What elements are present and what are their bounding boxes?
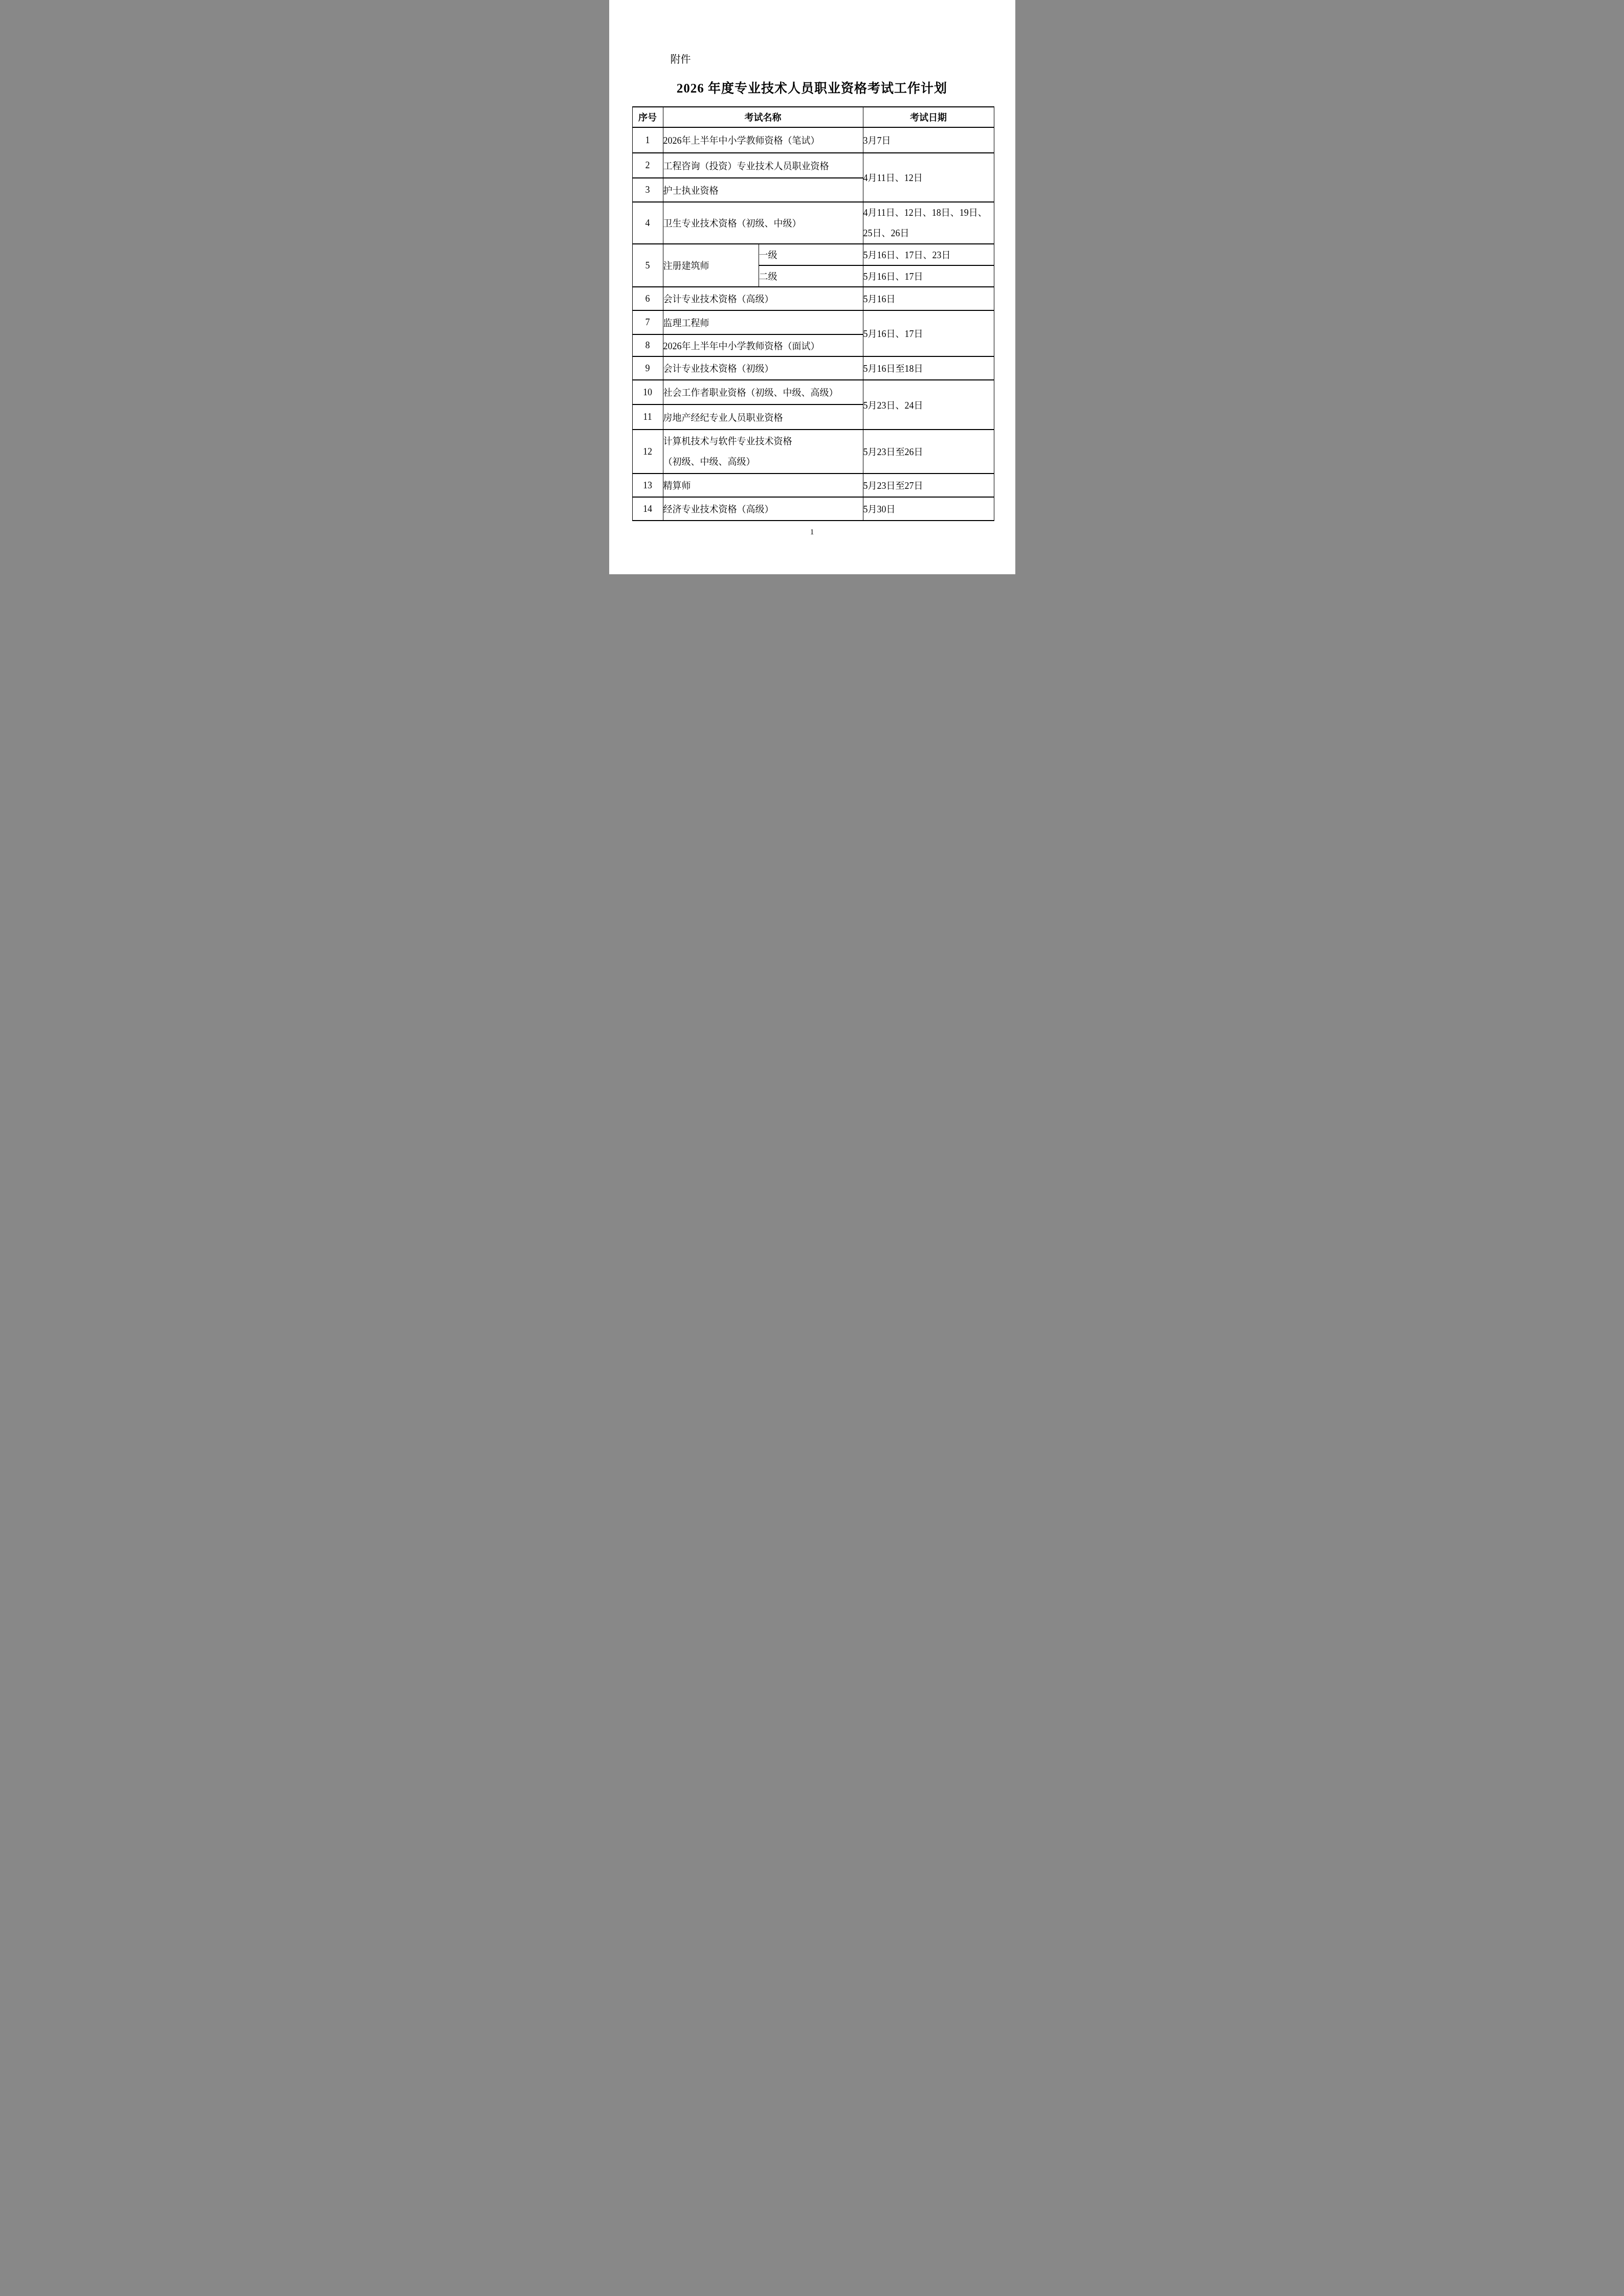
exam-name-cell: 会计专业技术资格（高级） <box>663 287 863 310</box>
row-index-cell: 12 <box>632 430 663 474</box>
exam-date-cell: 5月16日 <box>863 287 994 310</box>
row-index-cell: 9 <box>632 356 663 380</box>
table-row: 4 卫生专业技术资格（初级、中级） 4月11日、12日、18日、19日、 25日… <box>632 202 994 244</box>
exam-date-cell-merged: 4月11日、12日 <box>863 153 994 202</box>
row-index-cell: 3 <box>632 178 663 202</box>
table-row: 9 会计专业技术资格（初级） 5月16日至18日 <box>632 356 994 380</box>
exam-name-line: 计算机技术与软件专业技术资格 <box>663 431 863 452</box>
row-index-cell: 4 <box>632 202 663 244</box>
table-row: 10 社会工作者职业资格（初级、中级、高级） 5月23日、24日 <box>632 380 994 404</box>
page-title: 2026 年度专业技术人员职业资格考试工作计划 <box>609 81 1015 97</box>
table-row: 1 2026年上半年中小学教师资格（笔试） 3月7日 <box>632 127 994 153</box>
exam-name-cell: 2026年上半年中小学教师资格（笔试） <box>663 127 863 153</box>
exam-date-cell: 5月16日至18日 <box>863 356 994 380</box>
exam-date-cell: 5月23日至27日 <box>863 474 994 497</box>
row-index-cell: 7 <box>632 310 663 334</box>
table-header-row: 序号 考试名称 考试日期 <box>632 107 994 127</box>
table-row: 12 计算机技术与软件专业技术资格 （初级、中级、高级） 5月23日至26日 <box>632 430 994 474</box>
exam-date-cell-merged: 5月16日、17日 <box>863 310 994 356</box>
exam-name-cell: 社会工作者职业资格（初级、中级、高级） <box>663 380 863 404</box>
exam-name-cell: 2026年上半年中小学教师资格（面试） <box>663 334 863 356</box>
table-row: 6 会计专业技术资格（高级） 5月16日 <box>632 287 994 310</box>
exam-level-cell: 二级 <box>759 265 863 287</box>
exam-date-line: 25日、26日 <box>863 223 994 243</box>
row-index-cell: 6 <box>632 287 663 310</box>
exam-date-cell-merged: 5月23日、24日 <box>863 380 994 430</box>
exam-name-cell: 监理工程师 <box>663 310 863 334</box>
row-index-cell: 8 <box>632 334 663 356</box>
table-row: 14 经济专业技术资格（高级） 5月30日 <box>632 497 994 521</box>
row-index-cell: 14 <box>632 497 663 521</box>
table-row: 13 精算师 5月23日至27日 <box>632 474 994 497</box>
exam-date-cell: 3月7日 <box>863 127 994 153</box>
exam-name-cell: 卫生专业技术资格（初级、中级） <box>663 202 863 244</box>
table-row: 2 工程咨询（投资）专业技术人员职业资格 4月11日、12日 <box>632 153 994 178</box>
header-index: 序号 <box>632 107 663 127</box>
exam-name-cell: 精算师 <box>663 474 863 497</box>
exam-name-cell: 注册建筑师 <box>663 244 759 287</box>
attachment-label: 附件 <box>671 53 691 66</box>
exam-date-cell: 5月23日至26日 <box>863 430 994 474</box>
exam-date-cell: 4月11日、12日、18日、19日、 25日、26日 <box>863 202 994 244</box>
row-index-cell: 11 <box>632 404 663 430</box>
header-exam-date: 考试日期 <box>863 107 994 127</box>
exam-name-cell: 计算机技术与软件专业技术资格 （初级、中级、高级） <box>663 430 863 474</box>
exam-name-cell: 经济专业技术资格（高级） <box>663 497 863 521</box>
row-index-cell: 13 <box>632 474 663 497</box>
page-number: 1 <box>609 528 1015 537</box>
row-index-cell: 5 <box>632 244 663 287</box>
header-exam-name: 考试名称 <box>663 107 863 127</box>
table-row: 5 注册建筑师 一级 5月16日、17日、23日 <box>632 244 994 265</box>
exam-level-cell: 一级 <box>759 244 863 265</box>
exam-date-cell: 5月16日、17日、23日 <box>863 244 994 265</box>
exam-name-cell: 会计专业技术资格（初级） <box>663 356 863 380</box>
row-index-cell: 1 <box>632 127 663 153</box>
exam-date-cell: 5月16日、17日 <box>863 265 994 287</box>
table-row: 7 监理工程师 5月16日、17日 <box>632 310 994 334</box>
exam-date-cell: 5月30日 <box>863 497 994 521</box>
row-index-cell: 2 <box>632 153 663 178</box>
exam-name-cell: 工程咨询（投资）专业技术人员职业资格 <box>663 153 863 178</box>
exam-name-cell: 护士执业资格 <box>663 178 863 202</box>
document-page: 附件 2026 年度专业技术人员职业资格考试工作计划 序号 考试名称 考试日期 … <box>609 0 1015 574</box>
row-index-cell: 10 <box>632 380 663 404</box>
exam-name-cell: 房地产经纪专业人员职业资格 <box>663 404 863 430</box>
exam-date-line: 4月11日、12日、18日、19日、 <box>863 202 994 223</box>
exam-schedule-table: 序号 考试名称 考试日期 1 2026年上半年中小学教师资格（笔试） 3月7日 … <box>632 106 994 521</box>
exam-name-line: （初级、中级、高级） <box>663 452 863 472</box>
